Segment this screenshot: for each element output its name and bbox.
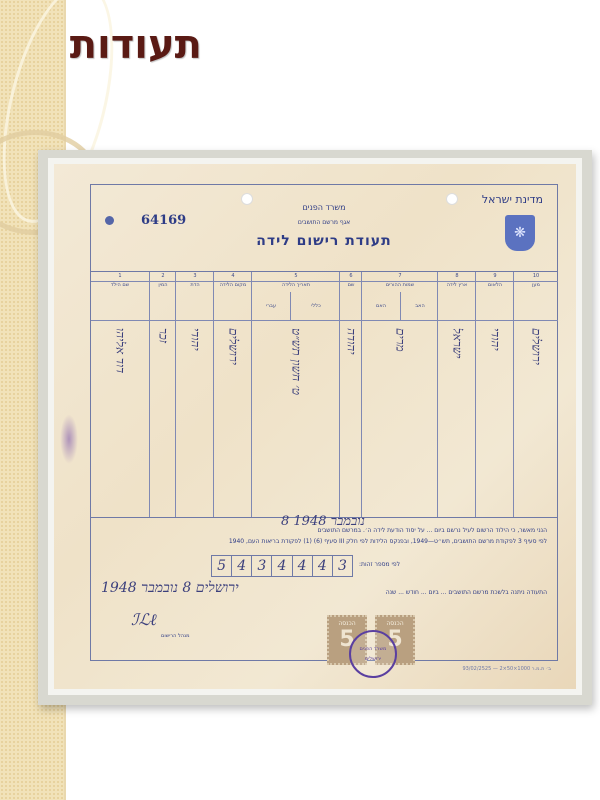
column-8: 8 ארץ לידה ישראל	[437, 272, 476, 517]
ink-stain	[60, 414, 78, 464]
id-number-box: 5 4 3 4 4 4 3	[211, 555, 353, 577]
issued-text: התעודה ניתנה בלשכת מרשם התושבים ... ביום…	[386, 589, 547, 596]
id-number-label: לפי מספר זהות:	[359, 561, 400, 568]
column-9: 9 הלאום יהודי	[475, 272, 514, 517]
signature-label: מנהל הרישום	[161, 633, 190, 639]
photo-mat: מדינת ישראל ❋ משרד הפנים אגף מרשם התושבי…	[48, 158, 582, 695]
column-3: 3 הדת יהודי	[175, 272, 214, 517]
certificate-form: מדינת ישראל ❋ משרד הפנים אגף מרשם התושבי…	[90, 184, 558, 661]
cell-value: ירושלים	[226, 328, 241, 513]
declaration-handwritten-date: 8 נובמבר 1948	[281, 513, 365, 529]
cell-value: מרים	[393, 328, 408, 513]
ministry-name: משרד הפנים	[91, 203, 557, 212]
cell-value: ירושלים	[529, 328, 544, 513]
cell-value: יהודי	[488, 328, 503, 513]
cell-value: יהודי	[188, 328, 203, 513]
cell-value: ט׳ חשון תש״ט	[289, 328, 304, 513]
certificate-title: תעודת רישום לידה	[91, 233, 557, 249]
cell-value: יהודה	[344, 328, 359, 513]
column-6: 6 שם יהודה	[339, 272, 362, 517]
column-10: 10 מען ירושלים	[513, 272, 558, 517]
bullet-dot	[105, 216, 114, 225]
column-5: 5 תאריך הלידה עברי כללי ט׳ חשון תש״ט	[251, 272, 340, 517]
column-2: 2 המין זכר	[149, 272, 176, 517]
slide-title: תעודות	[70, 22, 202, 68]
cell-value: דוד אליהו	[113, 328, 128, 513]
photo-frame: מדינת ישראל ❋ משרד הפנים אגף מרשם התושבי…	[38, 150, 592, 705]
column-7: 7 שמות ההורים האם האב מרים	[361, 272, 438, 517]
issued-handwritten: ירושלים 8 נובמבר 1948	[101, 580, 239, 597]
cell-value: זכר	[156, 328, 171, 513]
registrar-signature: ℐℒℓ	[131, 610, 157, 630]
serial-number: 64169	[141, 213, 186, 228]
column-1: 1 שם הילד דוד אליהו	[91, 272, 149, 517]
official-seal: משרד הפנים ירושלים	[349, 630, 397, 678]
form-footer-code: 93/ב׳ ת.מ.ר 1000×50×2 — 02/2525	[462, 666, 551, 672]
column-4: 4 מקום הלידה ירושלים	[213, 272, 252, 517]
registration-table: 1 שם הילד דוד אליהו 2 המין זכר 3 הדת יהו…	[91, 271, 557, 518]
cell-value: ישראל	[450, 328, 465, 513]
birth-certificate-photo: מדינת ישראל ❋ משרד הפנים אגף מרשם התושבי…	[54, 164, 576, 689]
